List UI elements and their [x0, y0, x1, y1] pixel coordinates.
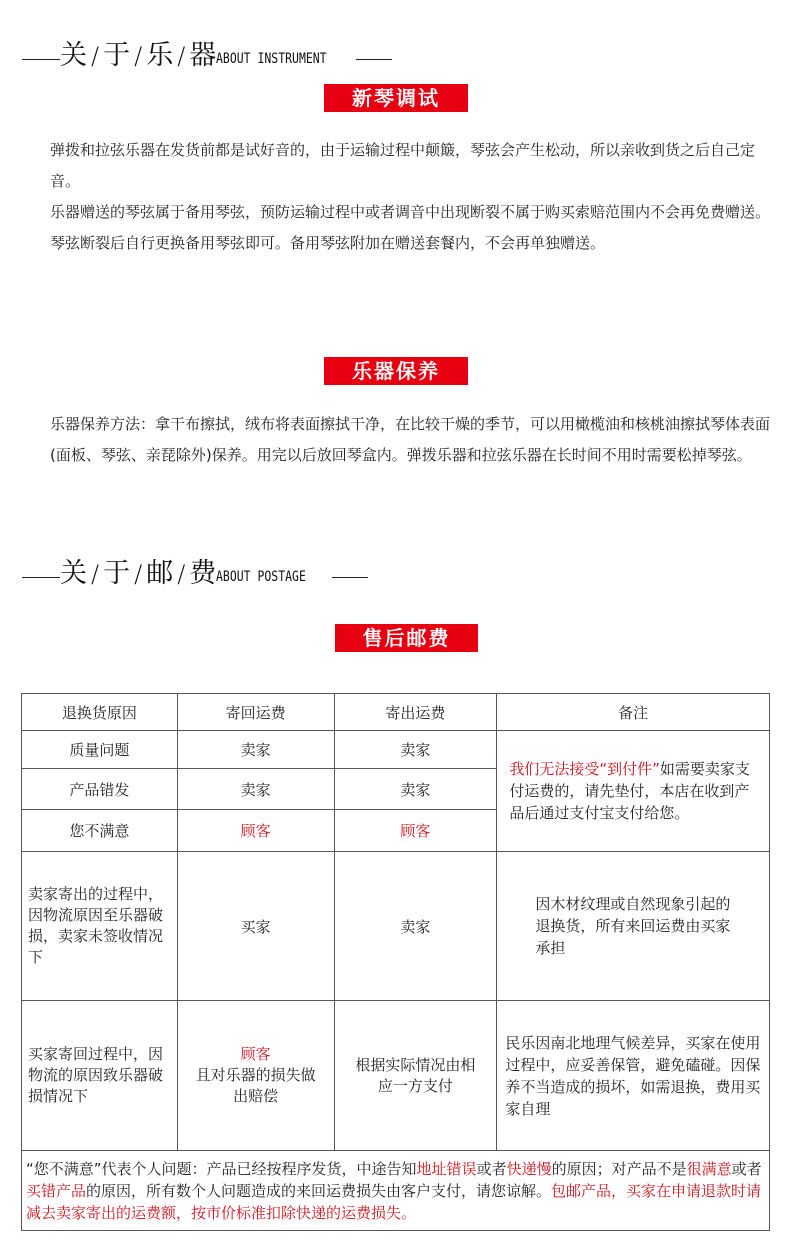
cell-send-fee: 卖家	[334, 769, 497, 810]
footer-red-text: 很满意	[687, 1160, 732, 1178]
cell-send-fee: 卖家	[334, 731, 497, 769]
heading-slash: /	[134, 40, 142, 72]
heading-dash-right	[356, 59, 392, 60]
header-return-fee: 寄回运费	[177, 694, 334, 731]
heading-about-postage: 关 / 于 / 邮 / 费 ABOUT POSTAGE	[22, 558, 368, 590]
table-row: 买家寄回过程中，因物流的原因致乐器破损情况下 顾客 且对乐器的损失做出赔偿 根据…	[22, 1001, 770, 1151]
heading-char: 于	[103, 40, 130, 72]
maintenance-paragraph: 乐器保养方法：拿干布擦拭，绒布将表面擦拭干净，在比较干燥的季节，可以用橄榄油和核…	[50, 409, 780, 471]
table-row: 质量问题 卖家 卖家 我们无法接受“到付件”如需要卖家支付运费的，请先垫付，本店…	[22, 731, 770, 769]
postage-table: 退换货原因 寄回运费 寄出运费 备注 质量问题 卖家 卖家 我们无法接受“到付件…	[21, 693, 770, 1231]
footer-text: 或者	[477, 1160, 507, 1178]
cell-return-fee: 顾客 且对乐器的损失做出赔偿	[177, 1001, 334, 1151]
footer-text: 的原因；对产品不是	[552, 1160, 687, 1178]
cell-send-fee: 顾客	[334, 810, 497, 852]
heading-char: 乐	[146, 40, 173, 72]
cell-return-fee: 卖家	[177, 731, 334, 769]
header-send-fee: 寄出运费	[334, 694, 497, 731]
heading-char: 器	[189, 40, 216, 72]
heading-char: 费	[189, 558, 216, 590]
cell-return-fee: 买家	[177, 852, 334, 1001]
heading-slash: /	[91, 558, 99, 590]
heading-dash-right	[332, 577, 368, 578]
footer-text: 的原因，所有数个人问题造成的来回运费损失由客户支付，请您谅解。	[86, 1182, 551, 1200]
tuning-paragraph-2: 乐器赠送的琴弦属于备用琴弦，预防运输过程中或者调音中出现断裂不属于购买索赔范围内…	[50, 197, 780, 259]
cell-reason: 卖家寄出的过程中，因物流原因至乐器破损，卖家未签收情况下	[22, 852, 178, 1001]
heading-slash: /	[134, 558, 142, 590]
header-reason: 退换货原因	[22, 694, 178, 731]
table-footer-row: “您不满意”代表个人问题：产品已经按程序发货，中途告知地址错误或者快递慢的原因；…	[22, 1151, 770, 1231]
heading-slash: /	[177, 40, 185, 72]
footer-note: “您不满意”代表个人问题：产品已经按程序发货，中途告知地址错误或者快递慢的原因；…	[22, 1151, 770, 1231]
heading-slash: /	[91, 40, 99, 72]
maintenance-text: 乐器保养方法：拿干布擦拭，绒布将表面擦拭干净，在比较干燥的季节，可以用橄榄油和核…	[50, 409, 780, 471]
return-fee-red: 顾客	[184, 1044, 328, 1065]
footer-red-text: 买错产品	[26, 1182, 86, 1200]
cell-note: 民乐因南北地理气候差异，买家在使用过程中，应妥善保管，避免磕碰。因保养不当造成的…	[497, 1001, 770, 1151]
heading-char: 邮	[146, 558, 173, 590]
footer-text: “您不满意”代表个人问题：产品已经按程序发货，中途告知	[26, 1160, 417, 1178]
banner-postage: 售后邮费	[335, 624, 478, 652]
table-header-row: 退换货原因 寄回运费 寄出运费 备注	[22, 694, 770, 731]
return-fee-text: 且对乐器的损失做出赔偿	[184, 1065, 328, 1107]
heading-char: 于	[103, 558, 130, 590]
cell-reason: 质量问题	[22, 731, 178, 769]
cell-reason: 产品错发	[22, 769, 178, 810]
heading-en: ABOUT INSTRUMENT	[216, 50, 327, 68]
header-note: 备注	[497, 694, 770, 731]
heading-slash: /	[177, 558, 185, 590]
heading-en-wrap: ABOUT INSTRUMENT	[216, 48, 356, 72]
banner-tuning: 新琴调试	[324, 84, 468, 112]
tuning-text: 弹拨和拉弦乐器在发货前都是试好音的，由于运输过程中颠簸，琴弦会产生松动，所以亲收…	[50, 135, 780, 259]
cell-note: 因木材纹理或自然现象引起的退换货，所有来回运费由买家承担	[497, 852, 770, 1001]
heading-char: 关	[60, 558, 87, 590]
footer-red-text: 快递慢	[507, 1160, 552, 1178]
cell-return-fee: 卖家	[177, 769, 334, 810]
footer-text: 或者	[732, 1160, 762, 1178]
note-red-text: 我们无法接受“到付件”	[509, 760, 660, 778]
cell-send-fee: 根据实际情况由相应一方支付	[334, 1001, 497, 1151]
heading-dash-left	[22, 59, 60, 60]
banner-maintenance: 乐器保养	[324, 357, 468, 385]
cell-send-fee: 卖家	[334, 852, 497, 1001]
table-row: 卖家寄出的过程中，因物流原因至乐器破损，卖家未签收情况下 买家 卖家 因木材纹理…	[22, 852, 770, 1001]
cell-reason: 您不满意	[22, 810, 178, 852]
heading-about-instrument: 关 / 于 / 乐 / 器 ABOUT INSTRUMENT	[22, 40, 392, 72]
heading-dash-left	[22, 577, 60, 578]
cell-note-group1: 我们无法接受“到付件”如需要卖家支付运费的，请先垫付，本店在收到产品后通过支付宝…	[497, 731, 770, 852]
tuning-paragraph-1: 弹拨和拉弦乐器在发货前都是试好音的，由于运输过程中颠簸，琴弦会产生松动，所以亲收…	[50, 135, 780, 197]
footer-red-text: 地址错误	[417, 1160, 477, 1178]
heading-char: 关	[60, 40, 87, 72]
cell-reason: 买家寄回过程中，因物流的原因致乐器破损情况下	[22, 1001, 178, 1151]
heading-en-wrap: ABOUT POSTAGE	[216, 566, 332, 590]
heading-en: ABOUT POSTAGE	[216, 568, 306, 586]
cell-return-fee: 顾客	[177, 810, 334, 852]
